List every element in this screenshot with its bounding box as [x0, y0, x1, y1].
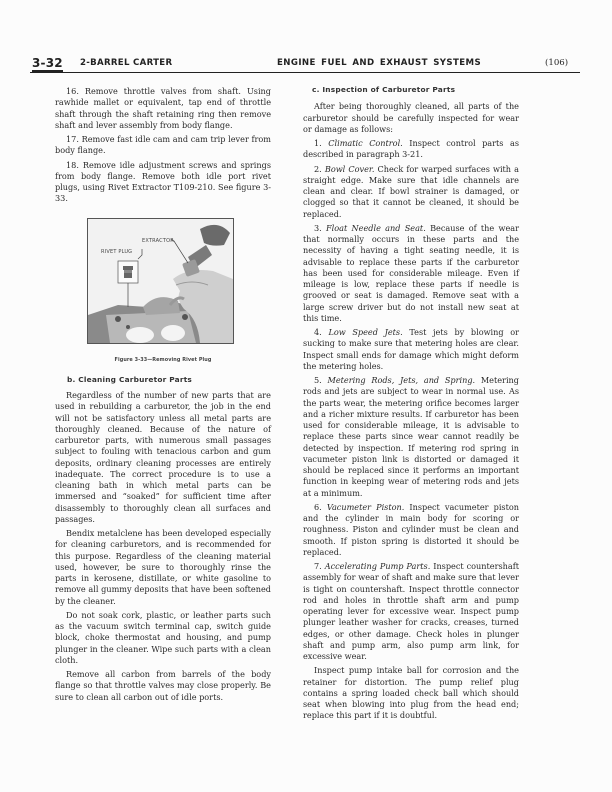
page-header: 3-32 2-BARREL CARTER ENGINE FUEL AND EXH…	[30, 56, 580, 73]
inspection-item-5: 5. Metering Rods, Jets, and Spring. Mete…	[303, 375, 519, 499]
inspection-item-2: 2. Bowl Cover. Check for warped surfaces…	[303, 164, 519, 220]
paragraph-cleaning-1: Regardless of the number of new parts th…	[55, 390, 271, 525]
page-reference: (106)	[545, 58, 568, 68]
inspection-item-3: 3. Float Needle and Seat. Because of the…	[303, 223, 519, 324]
figure-rivet-extractor-photo: EXTRACTOR RIVET PLUG	[87, 218, 234, 344]
section-title: ENGINE FUEL AND EXHAUST SYSTEMS	[277, 58, 481, 68]
paragraph-pump-intake: Inspect pump intake ball for corrosion a…	[303, 665, 519, 721]
inspection-item-7: 7. Accelerating Pump Parts. Inspect coun…	[303, 561, 519, 662]
paragraph-cleaning-3: Do not soak cork, plastic, or leather pa…	[55, 610, 271, 666]
paragraph-step-17: 17. Remove fast idle cam and cam trip le…	[55, 134, 271, 157]
left-column: 16. Remove throttle valves from shaft. U…	[55, 86, 271, 706]
chapter-title: 2-BARREL CARTER	[80, 58, 172, 68]
manual-page: 3-32 2-BARREL CARTER ENGINE FUEL AND EXH…	[0, 0, 612, 792]
inspection-item-4: 4. Low Speed Jets. Test jets by blowing …	[303, 327, 519, 372]
paragraph-cleaning-4: Remove all carbon from barrels of the bo…	[55, 669, 271, 703]
section-number: 3-32	[32, 56, 63, 72]
paragraph-step-16: 16. Remove throttle valves from shaft. U…	[55, 86, 271, 131]
section-b-heading: b. Cleaning Carburetor Parts	[67, 374, 271, 385]
paragraph-inspection-intro: After being thoroughly cleaned, all part…	[303, 101, 519, 135]
section-c-heading: c. Inspection of Carburetor Parts	[312, 84, 519, 95]
paragraph-cleaning-2: Bendix metalclene has been developed esp…	[55, 528, 271, 607]
inspection-item-1: 1. Climatic Control. Inspect control par…	[303, 138, 519, 161]
label-rivet-plug: RIVET PLUG	[101, 247, 132, 258]
figure-caption: Figure 3-33—Removing Rivet Plug	[55, 355, 271, 366]
inspection-item-6: 6. Vacumeter Piston. Inspect vacumeter p…	[303, 502, 519, 558]
right-column: c. Inspection of Carburetor Parts After …	[303, 84, 519, 725]
paragraph-step-18: 18. Remove idle adjustment screws and sp…	[55, 160, 271, 205]
label-extractor: EXTRACTOR	[142, 236, 174, 247]
